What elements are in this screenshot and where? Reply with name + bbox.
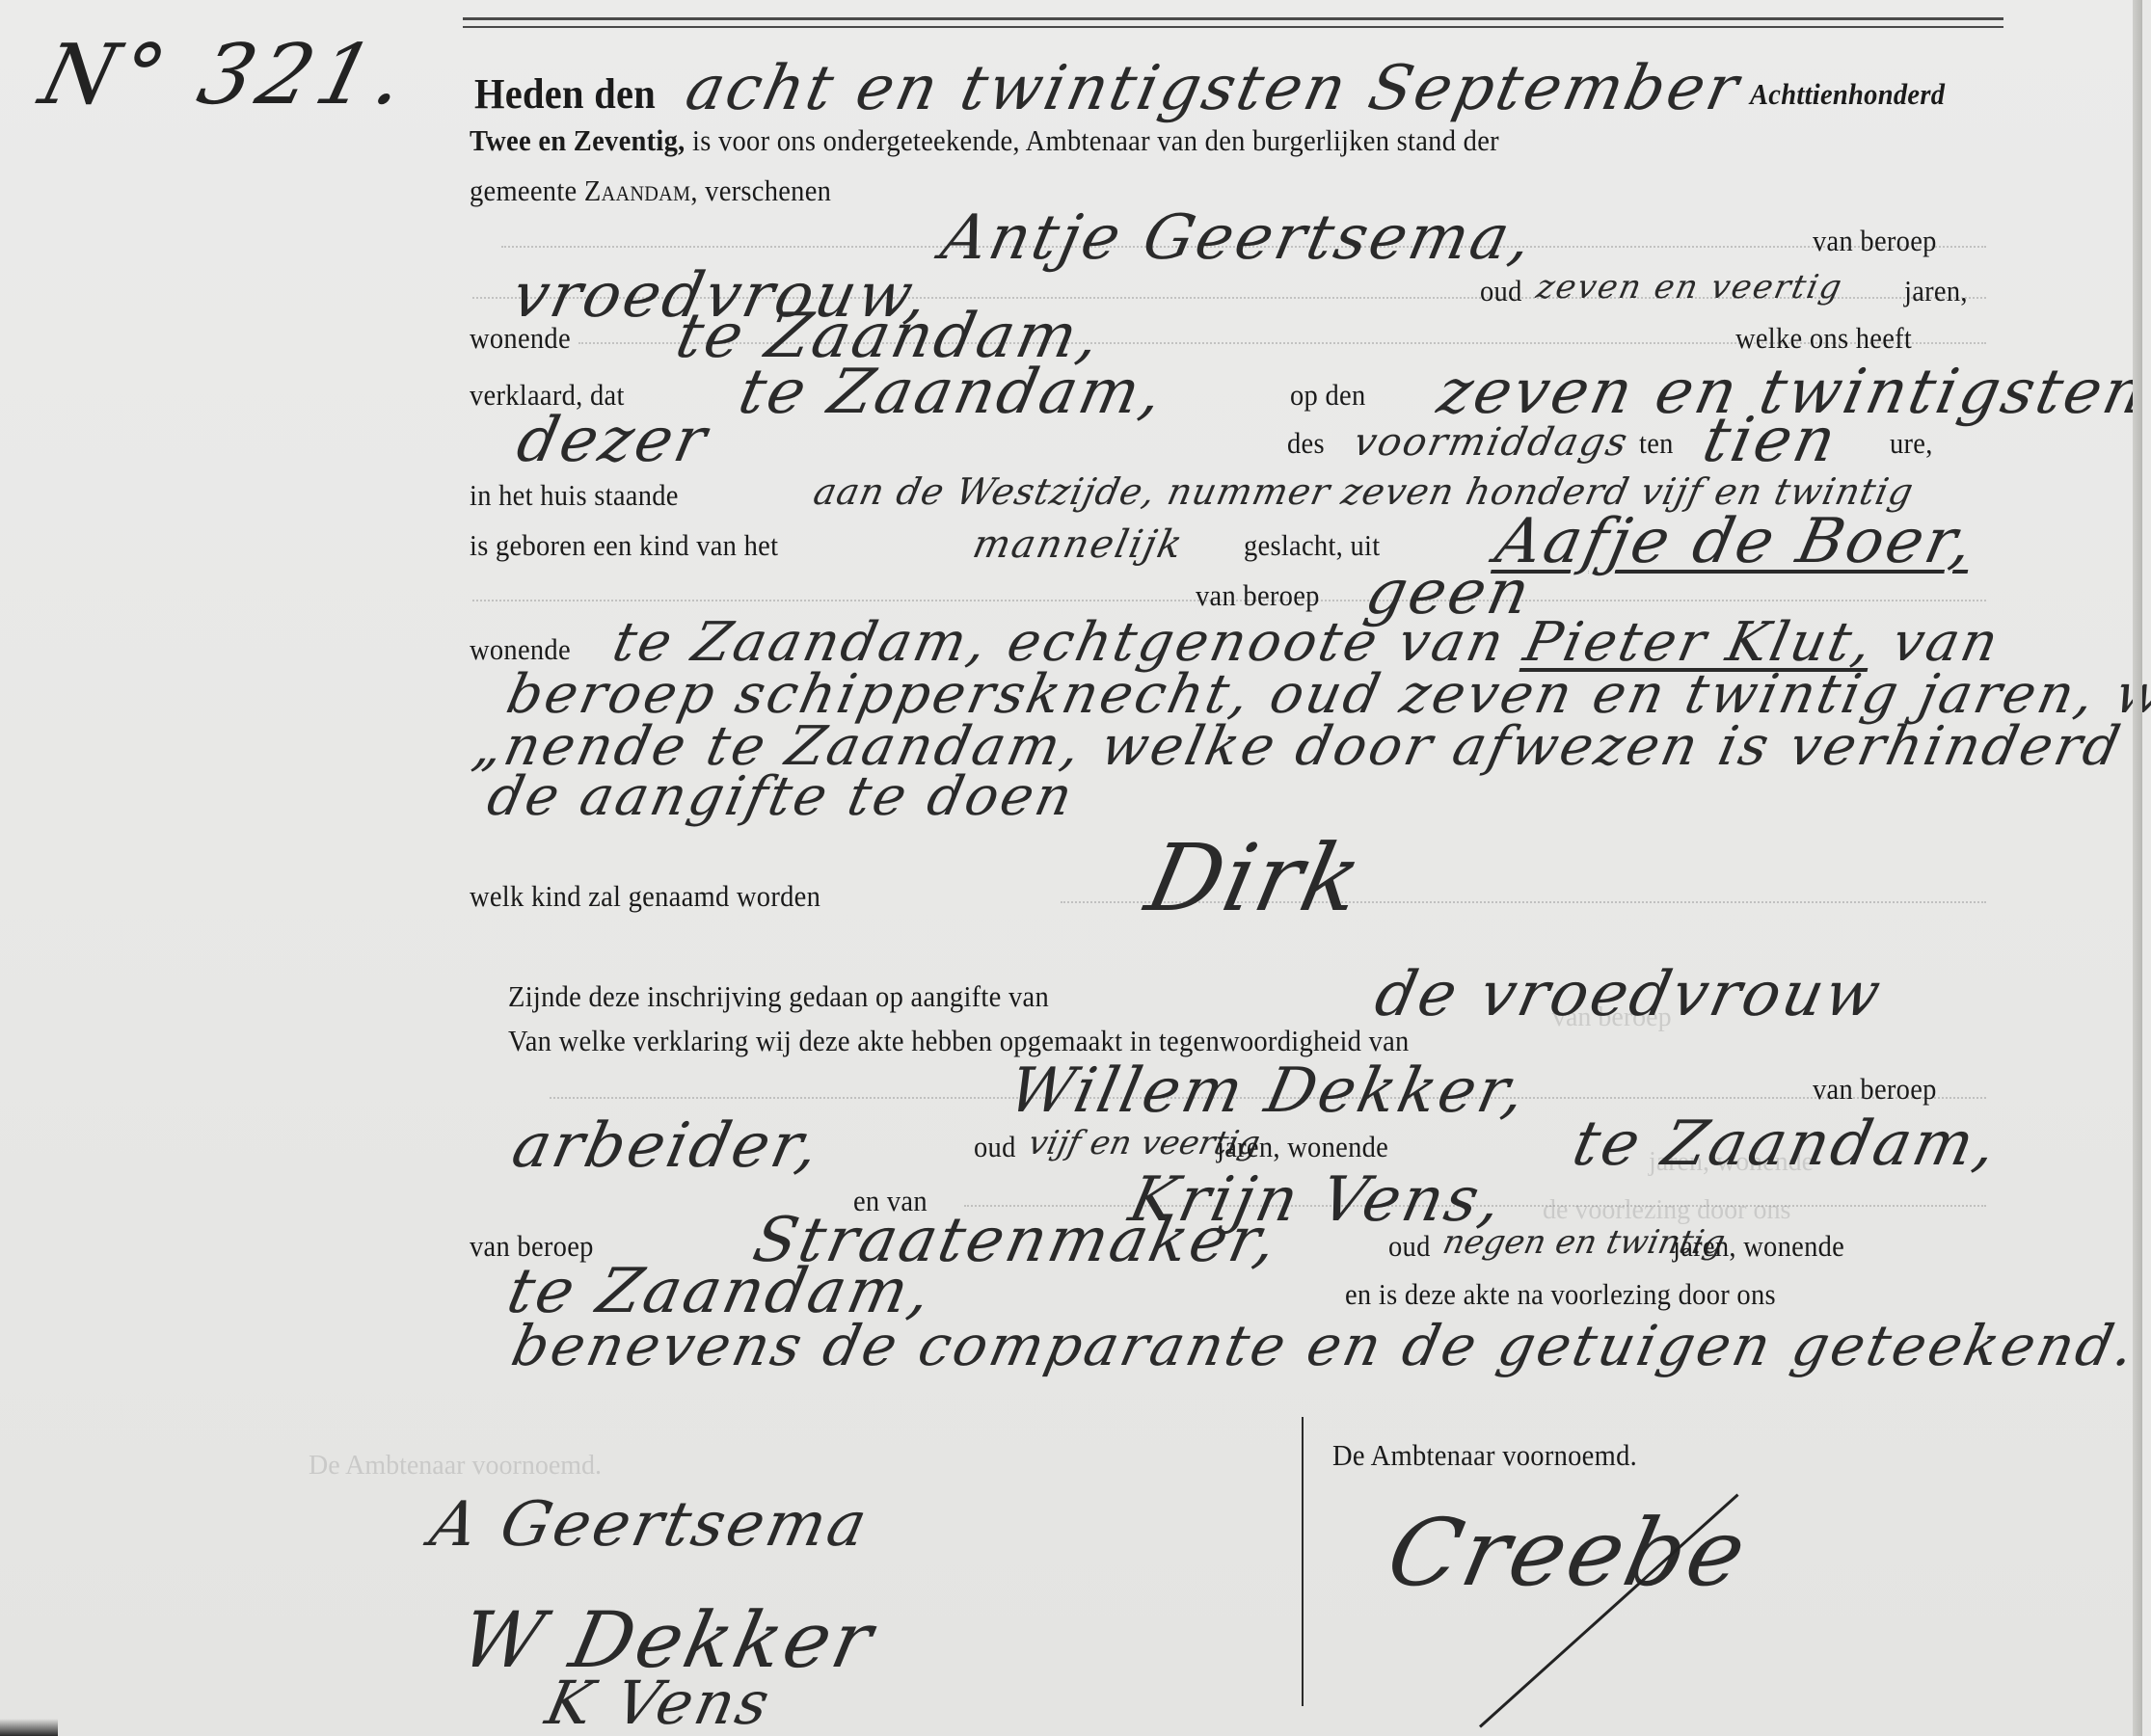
header-rule <box>463 26 2003 28</box>
printed-text: geslacht, uit <box>1244 528 1380 563</box>
header-rule <box>463 17 2003 20</box>
printed-text: op den <box>1290 378 1365 413</box>
printed-text: welk kind zal genaamd worden <box>470 879 820 914</box>
signature-official: Creebe <box>1379 1499 1758 1607</box>
printed-text: des <box>1287 426 1325 461</box>
bleed-through-text: De Ambtenaar voornoemd. <box>309 1451 602 1482</box>
register-page: van beroep jaren, wonende de voorlezing … <box>0 0 2142 1736</box>
handwritten-child-name: Dirk <box>1138 824 1373 932</box>
record-number: N° 321. <box>32 27 421 123</box>
handwritten-month: dezer <box>511 405 715 476</box>
printed-text: Van welke verklaring wij deze akte hebbe… <box>508 1024 1410 1058</box>
printed-text: Achttienhonderd <box>1750 77 1945 112</box>
handwritten-daypart: voormiddags <box>1350 420 1633 465</box>
printed-text: oud <box>1388 1229 1431 1264</box>
page-edge <box>2133 0 2142 1736</box>
printed-text: Zijnde deze inschrijving gedaan op aangi… <box>508 979 1049 1014</box>
signature-brace <box>1302 1417 1304 1706</box>
printed-text: van beroep <box>1813 224 1937 258</box>
printed-text: gemeente Zaandam, verschenen <box>470 174 831 208</box>
handwritten-age: zeven en veertig <box>1533 268 1846 307</box>
handwritten-informant: de vroedvrouw <box>1369 959 1889 1030</box>
official-label: De Ambtenaar voornoemd. <box>1332 1438 1637 1473</box>
handwritten-mother-name: Aafje de Boer, <box>1490 506 1981 577</box>
handwritten-text: de aangifte te doen <box>482 765 1081 828</box>
printed-text: welke ons heeft <box>1735 321 1912 356</box>
printed-text: ten <box>1639 426 1674 461</box>
handwritten-witness1-occupation: arbeider, <box>506 1110 828 1182</box>
handwritten-date: acht en twintigsten September <box>680 53 1747 124</box>
printed-text: Twee en Zeventig, is voor ons ondergetee… <box>470 123 1499 158</box>
printed-text: oud <box>974 1130 1016 1164</box>
handwritten-witness1-name: Willem Dekker, <box>1003 1055 1534 1127</box>
handwritten-sex: mannelijk <box>969 522 1188 567</box>
printed-text: ure, <box>1890 426 1933 461</box>
signature-witness2: K Vens <box>540 1668 778 1736</box>
handwritten-text: benevens de comparante en de getuigen ge… <box>506 1313 2143 1378</box>
printed-text: Heden den <box>474 73 656 116</box>
printed-text: oud <box>1480 274 1522 308</box>
handwritten-witness1-residence: te Zaandam, <box>1567 1108 2005 1180</box>
handwritten-birthplace: te Zaandam, <box>733 357 1171 428</box>
page-corner-shadow <box>0 1719 58 1736</box>
printed-text: jaren, wonende <box>1217 1130 1388 1164</box>
bleed-through-text: de voorlezing door ons <box>1543 1195 1790 1226</box>
printed-text: en is deze akte na voorlezing door ons <box>1345 1277 1776 1312</box>
printed-text: van beroep <box>1813 1072 1937 1107</box>
printed-text: jaren, wonende <box>1673 1229 1844 1264</box>
printed-text: wonende <box>470 632 571 667</box>
printed-text: wonende <box>470 321 571 356</box>
handwritten-hour: tien <box>1697 405 1844 476</box>
printed-text: jaren, <box>1904 274 1968 308</box>
printed-text: in het huis staande <box>470 478 679 513</box>
handwritten-declarant-name: Antje Geertsema, <box>935 202 1541 274</box>
printed-text: van beroep <box>1196 578 1320 613</box>
printed-text: is geboren een kind van het <box>470 528 778 563</box>
signature-declarant: A Geertsema <box>424 1489 875 1561</box>
